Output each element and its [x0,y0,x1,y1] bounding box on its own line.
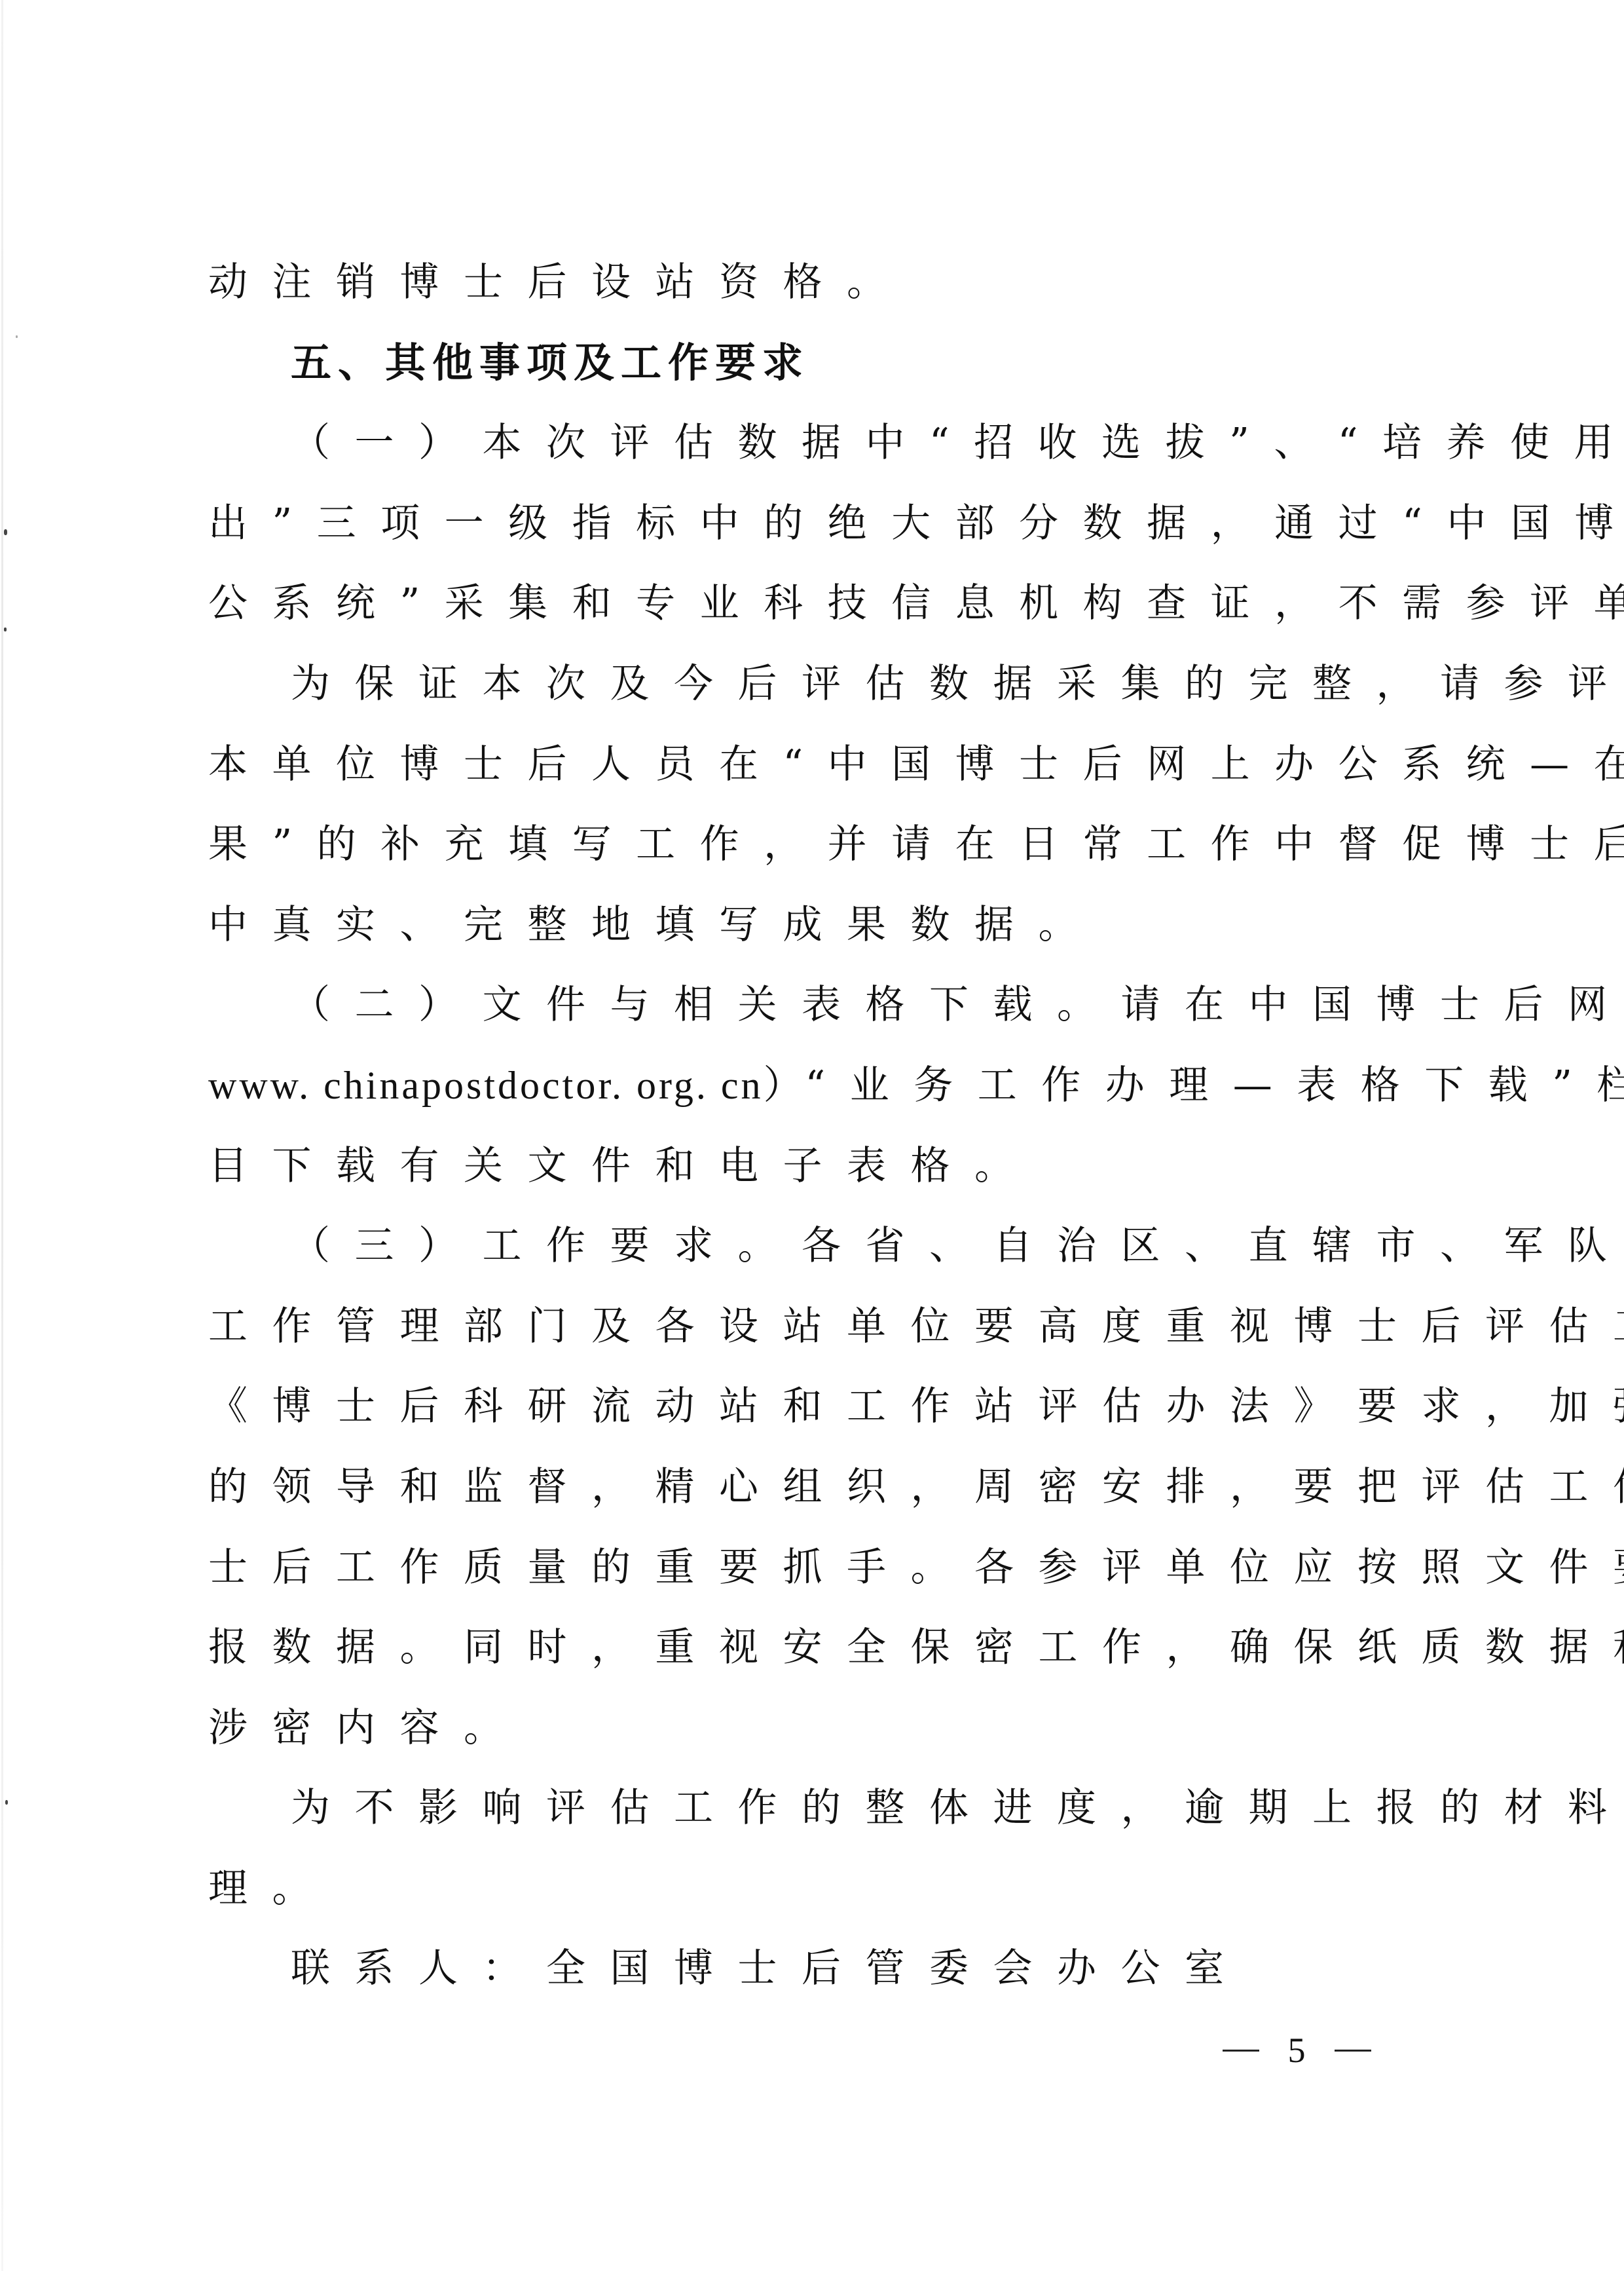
paragraph-line: 工作管理部门及各设站单位要高度重视博士后评估工作，按照 [208,1286,1393,1367]
page-number-dash-left [1223,2050,1259,2052]
paragraph-line: 目下载有关文件和电子表格。 [208,1126,1393,1207]
paragraph-line: （一）本次评估数据中“招收选拔”、“培养使用”、“成果产 [208,403,1393,483]
paragraph-line: 为不影响评估工作的整体进度，逾期上报的材料将不予受 [208,1768,1393,1849]
website-url: www. chinapostdoctor. org. cn） [208,1064,805,1107]
scan-edge-shadow [1,0,3,2271]
scan-speck [4,628,7,631]
page-number-footer: 5 [1198,2024,1395,2076]
paragraph-line-with-url: www. chinapostdoctor. org. cn）“业务工作办理—表格… [208,1045,1393,1126]
paragraph-line: 动注销博士后设站资格。 [208,242,1393,323]
scan-speck [16,335,18,338]
paragraph-line: 为保证本次及今后评估数据采集的完整，请参评单位组织好 [208,644,1393,724]
paragraph-line: （三）工作要求。各省、自治区、直辖市、军队系统博士后 [208,1206,1393,1286]
section-heading: 五、其他事项及工作要求 [208,323,1393,404]
document-body: 动注销博士后设站资格。 五、其他事项及工作要求 （一）本次评估数据中“招收选拔”… [208,242,1393,2009]
paragraph-line: 《博士后科研流动站和工作站评估办法》要求，加强对评估工作 [208,1366,1393,1447]
paragraph-line: 报数据。同时，重视安全保密工作，确保纸质数据和电子数据无 [208,1607,1393,1688]
paragraph-line: 出”三项一级指标中的绝大部分数据，通过“中国博士后网上办 [208,483,1393,564]
paragraph-line: （二）文件与相关表格下载。请在中国博士后网（http：// [208,965,1393,1045]
scan-speck [4,529,7,535]
document-page: 动注销博士后设站资格。 五、其他事项及工作要求 （一）本次评估数据中“招收选拔”… [0,0,1624,2271]
scan-speck [5,1800,8,1805]
page-number: 5 [1288,2030,1306,2071]
paragraph-line: 公系统”采集和专业科技信息机构查证，不需参评单位填报。 [208,563,1393,644]
paragraph-line: 中真实、完整地填写成果数据。 [208,885,1393,966]
paragraph-line: 士后工作质量的重要抓手。各参评单位应按照文件要求，如实填 [208,1528,1393,1608]
download-section-text: “业务工作办理—表格下载”栏 [805,1062,1624,1108]
paragraph-line: 果”的补充填写工作，并请在日常工作中督促博士后人员在系统 [208,804,1393,885]
contact-line: 联系人：全国博士后管委会办公室 [208,1928,1393,2009]
page-number-dash-right [1335,2050,1371,2052]
paragraph-line: 本单位博士后人员在“中国博士后网上办公系统—在站期间成 [208,724,1393,805]
paragraph-line: 理。 [208,1849,1393,1929]
paragraph-line: 的领导和监督，精心组织，周密安排，要把评估工作作为提升博 [208,1447,1393,1528]
paragraph-line: 涉密内容。 [208,1688,1393,1769]
